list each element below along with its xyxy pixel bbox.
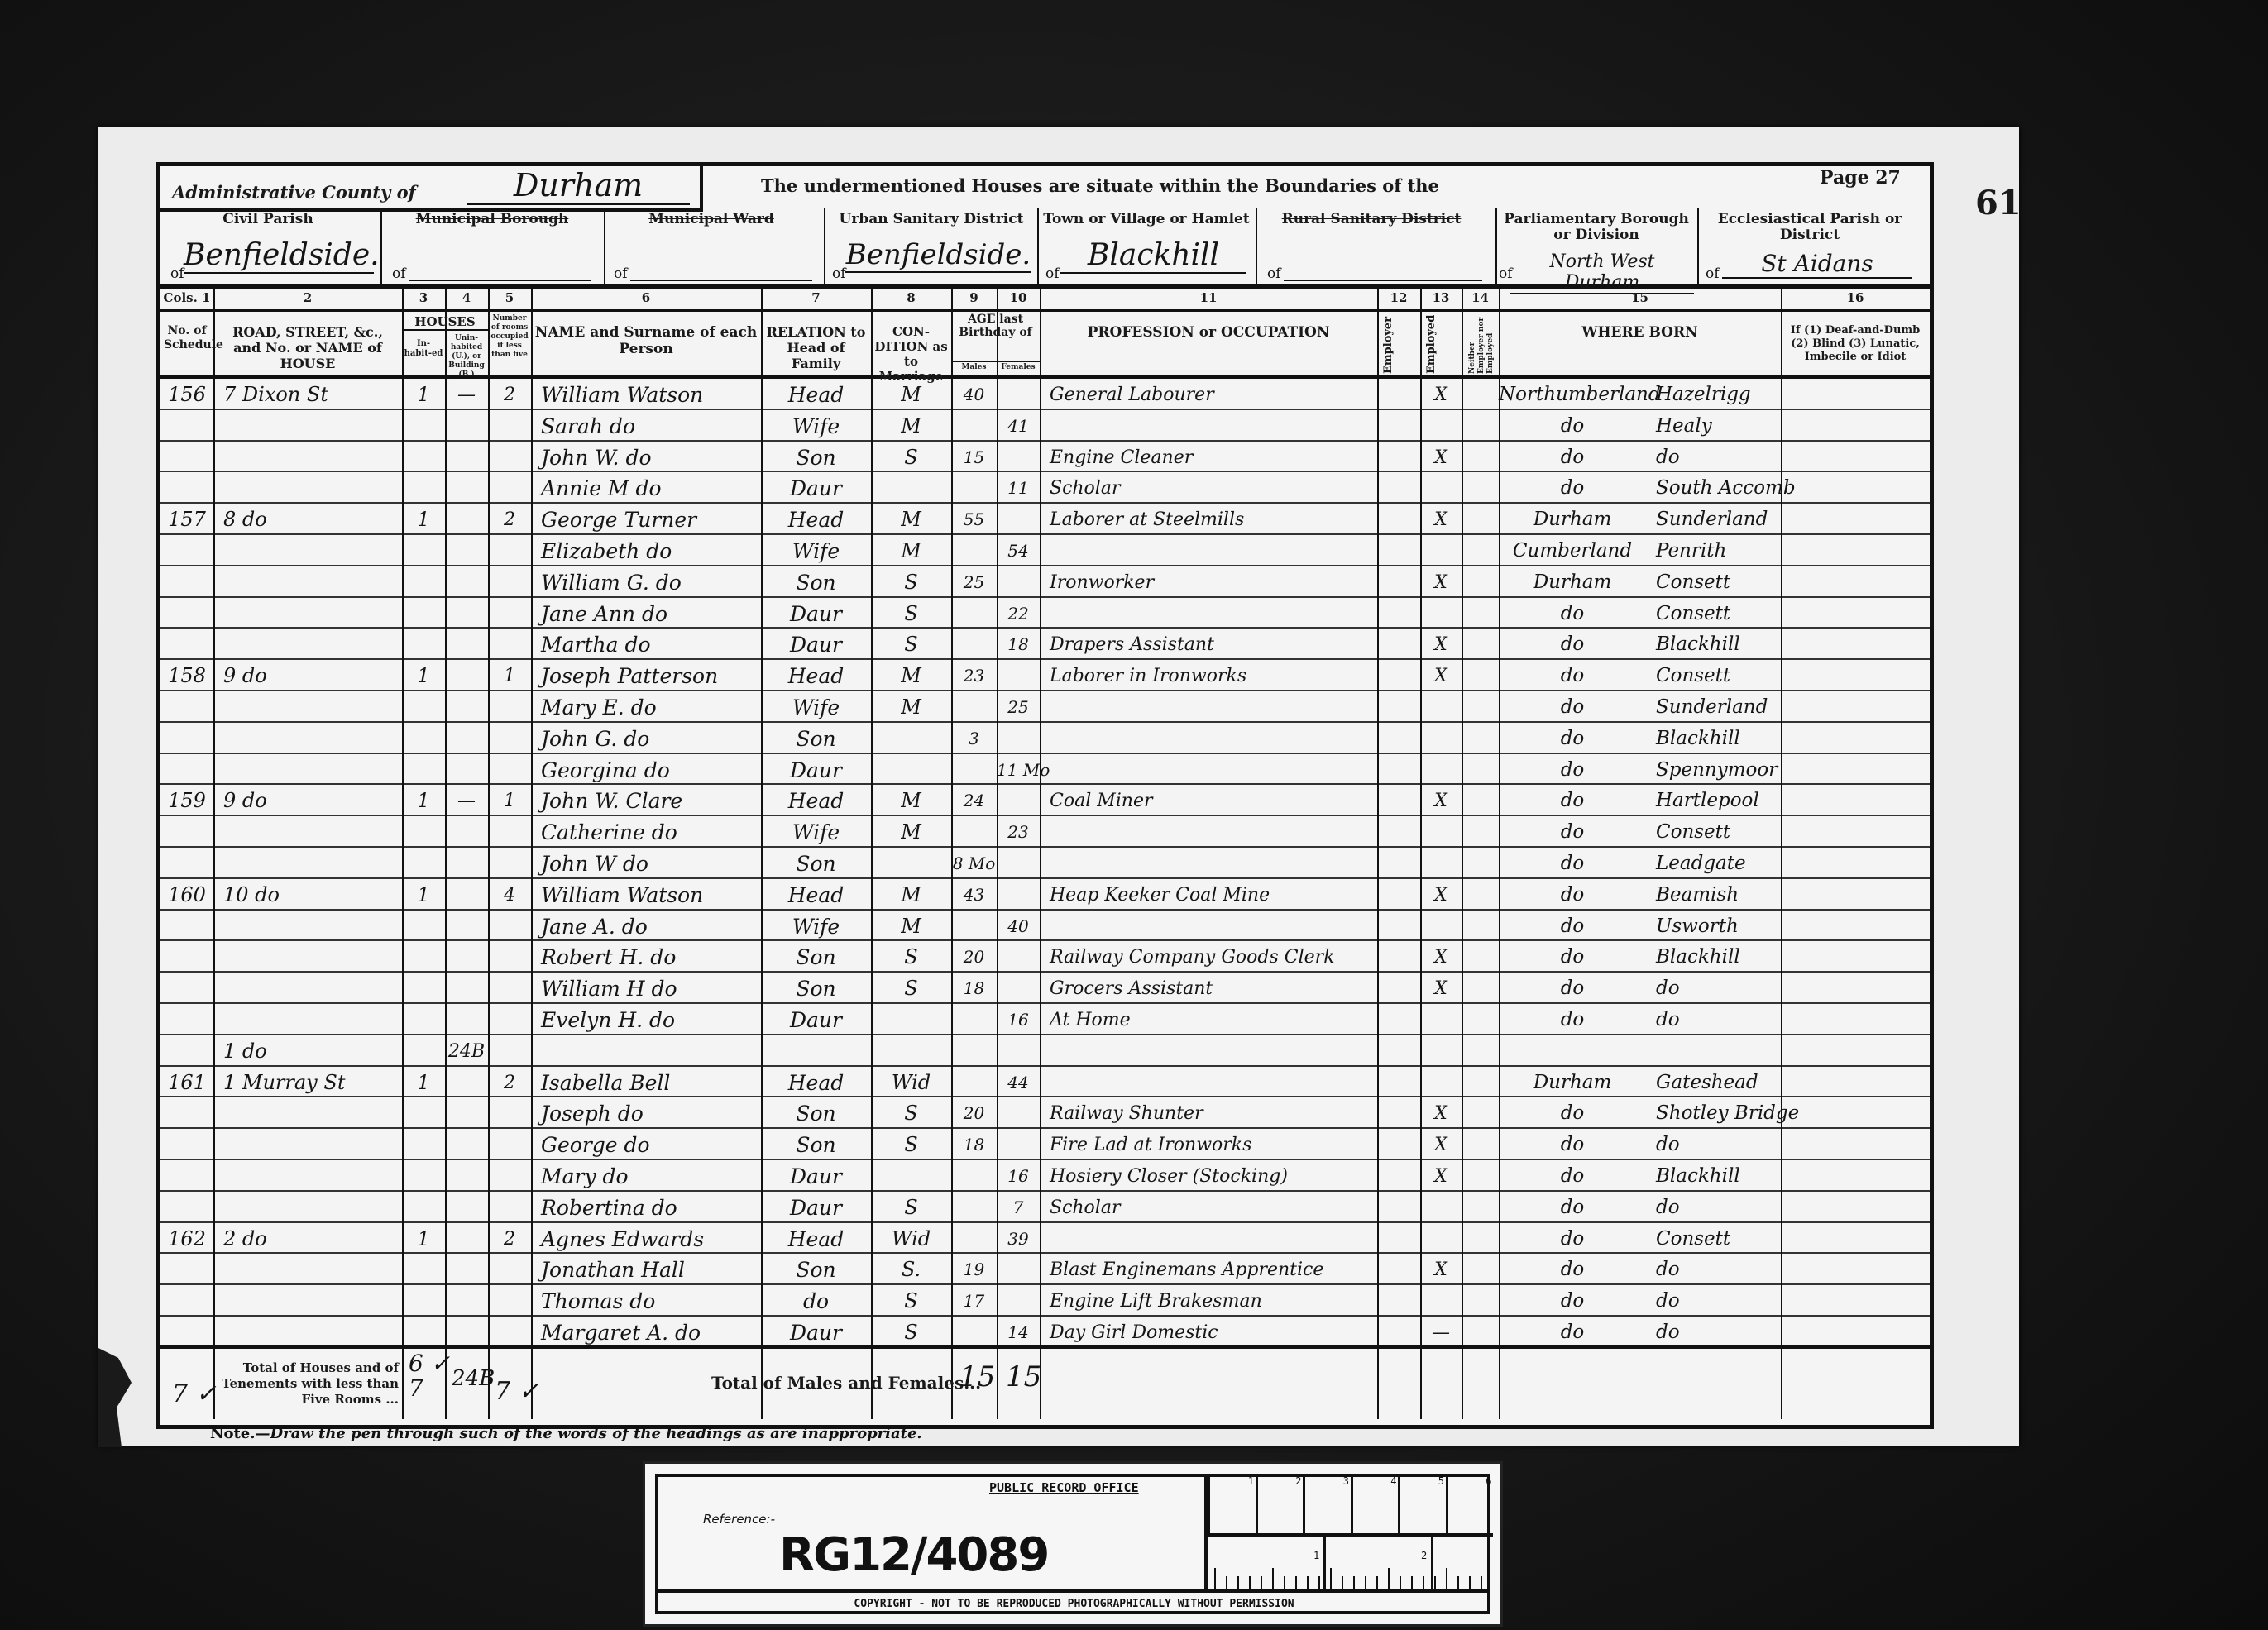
column-number: 3 <box>402 290 445 305</box>
occupation: Scholar <box>1050 476 1377 502</box>
birth-county: do <box>1499 1132 1646 1159</box>
female-age: 39 <box>997 1226 1040 1253</box>
employed-mark: X <box>1420 944 1462 971</box>
marital-condition: S <box>871 1195 951 1221</box>
female-age: 16 <box>997 1007 1040 1034</box>
birth-county: do <box>1499 758 1646 784</box>
boundaries-intro: The undermentioned Houses are situate wi… <box>761 175 1439 196</box>
division-ecclesiastical: Ecclesiastical Parish or District of St … <box>1697 208 1930 284</box>
male-age: 20 <box>951 944 997 971</box>
relation-to-head: Wife <box>761 820 871 846</box>
employed-mark: X <box>1420 1101 1462 1127</box>
road-address: 10 do <box>223 882 402 909</box>
relation-to-head: Head <box>761 1070 871 1097</box>
relation-to-head: Wife <box>761 914 871 940</box>
schedule-number: 161 <box>160 1070 213 1097</box>
marital-condition: S <box>871 445 951 471</box>
birth-county: do <box>1499 476 1646 502</box>
rooms-count: 2 <box>488 507 531 533</box>
inhabited-count: 1 <box>402 788 445 815</box>
birth-place: Blackhill <box>1656 944 1781 971</box>
male-age: 15 <box>951 445 997 471</box>
person-name: Joseph do <box>541 1101 761 1127</box>
male-age: 24 <box>951 788 997 815</box>
relation-to-head: Son <box>761 976 871 1002</box>
col-header-name: NAME and Surname of each Person <box>534 324 758 357</box>
birth-county: do <box>1499 726 1646 753</box>
col-header-inhabited: In-habit-ed <box>404 339 443 359</box>
birth-county: do <box>1499 601 1646 628</box>
road-address: 1 Murray St <box>223 1070 402 1097</box>
person-name: Jane A. do <box>541 914 761 940</box>
birth-county: do <box>1499 788 1646 815</box>
occupation: Engine Lift Brakesman <box>1050 1288 1377 1315</box>
column-number: 4 <box>445 290 488 305</box>
county-box: Administrative County of Durham <box>160 165 703 212</box>
division-rural-sanitary-district: Rural Sanitary District of <box>1256 208 1497 284</box>
person-name: Annie M do <box>541 476 761 502</box>
uninhabited-count: — <box>445 382 488 409</box>
birth-county: Durham <box>1499 1070 1646 1097</box>
birth-county: Durham <box>1499 570 1646 596</box>
rooms-count: 1 <box>488 663 531 690</box>
birth-place: Consett <box>1656 570 1781 596</box>
col-header-houses: HOUSES <box>402 314 488 331</box>
scale-ruler: 123456 12 <box>1204 1474 1493 1589</box>
occupation: Coal Miner <box>1050 788 1377 815</box>
birth-place: Spennymoor <box>1656 758 1781 784</box>
employed-mark: X <box>1420 570 1462 596</box>
birth-county: do <box>1499 882 1646 909</box>
employed-mark: X <box>1420 445 1462 471</box>
inhabited-count: 1 <box>402 1070 445 1097</box>
birth-place: Gateshead <box>1656 1070 1781 1097</box>
relation-to-head: Daur <box>761 1320 871 1346</box>
person-name: Mary do <box>541 1164 761 1190</box>
parliamentary-value: North West Durham <box>1510 251 1694 294</box>
employed-mark: X <box>1420 663 1462 690</box>
column-number: 8 <box>871 290 951 305</box>
total-schedules: 7 ✓ <box>172 1379 217 1408</box>
column-number: 16 <box>1781 290 1930 305</box>
birth-place: Consett <box>1656 1226 1781 1253</box>
rooms-count: 2 <box>488 1070 531 1097</box>
relation-to-head: Daur <box>761 1007 871 1034</box>
relation-to-head: Head <box>761 507 871 533</box>
occupation: Laborer at Steelmills <box>1050 507 1377 533</box>
birth-place: do <box>1656 1195 1781 1221</box>
person-name: George Turner <box>541 507 761 533</box>
inhabited-count: 1 <box>402 1226 445 1253</box>
col-header-females: Females <box>997 363 1040 371</box>
person-name: William G. do <box>541 570 761 596</box>
division-municipal-ward: Municipal Ward of <box>604 208 825 284</box>
relation-to-head: Daur <box>761 476 871 502</box>
occupation: Fire Lad at Ironworks <box>1050 1132 1377 1159</box>
col-header-employer: Employer <box>1384 316 1415 374</box>
person-name: Jane Ann do <box>541 601 761 628</box>
total-rooms: 7 ✓ <box>495 1377 539 1406</box>
person-name: Evelyn H. do <box>541 1007 761 1034</box>
female-age: 41 <box>997 413 1040 440</box>
person-name: Agnes Edwards <box>541 1226 761 1253</box>
ruler-mark: 1 <box>1208 1474 1257 1533</box>
division-civil-parish: Civil Parish of Benfieldside. <box>160 208 382 284</box>
person-name: Jonathan Hall <box>541 1257 761 1283</box>
column-number: 14 <box>1462 290 1499 305</box>
birth-county: do <box>1499 851 1646 877</box>
male-age: 23 <box>951 663 997 690</box>
column-number: 9 <box>951 290 997 305</box>
birth-county: do <box>1499 976 1646 1002</box>
uninhabited-count: 24B <box>445 1039 488 1065</box>
division-urban-sanitary-district: Urban Sanitary District of Benfieldside. <box>824 208 1039 284</box>
persons-total-label: Total of Males and Females... <box>711 1373 981 1393</box>
person-name: Margaret A. do <box>541 1320 761 1346</box>
birth-place: Usworth <box>1656 914 1781 940</box>
occupation: Railway Shunter <box>1050 1101 1377 1127</box>
reference-label: Reference:- <box>703 1512 775 1527</box>
occupation: Ironworker <box>1050 570 1377 596</box>
road-address: 2 do <box>223 1226 402 1253</box>
schedule-number: 158 <box>160 663 213 690</box>
birth-county: do <box>1499 944 1646 971</box>
employed-mark: X <box>1420 1132 1462 1159</box>
occupation: Heap Keeker Coal Mine <box>1050 882 1377 909</box>
relation-to-head: Son <box>761 851 871 877</box>
copyright-notice: COPYRIGHT - NOT TO BE REPRODUCED PHOTOGR… <box>658 1598 1490 1610</box>
female-age: 54 <box>997 538 1040 565</box>
ruler-mark: 5 <box>1398 1474 1447 1533</box>
birth-place: Hartlepool <box>1656 788 1781 815</box>
relation-to-head: Head <box>761 882 871 909</box>
birth-county: do <box>1499 1195 1646 1221</box>
col-header-occupation: PROFESSION or OCCUPATION <box>1043 324 1374 341</box>
town-value: Blackhill <box>1060 238 1246 274</box>
marital-condition: M <box>871 695 951 721</box>
col-header-employed: Employed <box>1427 316 1457 374</box>
relation-to-head: Wife <box>761 538 871 565</box>
page-label: Page 27 <box>1820 167 1901 189</box>
division-town-village: Town or Village or Hamlet of Blackhill <box>1037 208 1257 284</box>
schedule-number: 157 <box>160 507 213 533</box>
marital-condition: M <box>871 413 951 440</box>
employed-mark: X <box>1420 632 1462 658</box>
birth-county: do <box>1499 1007 1646 1034</box>
occupation: Blast Enginemans Apprentice <box>1050 1257 1377 1283</box>
birth-county: do <box>1499 413 1646 440</box>
birth-place: Shotley Bridge <box>1656 1101 1781 1127</box>
column-number: 2 <box>213 290 402 305</box>
birth-county: do <box>1499 1101 1646 1127</box>
birth-place: do <box>1656 1132 1781 1159</box>
column-number: 15 <box>1499 290 1781 305</box>
employed-mark: X <box>1420 1257 1462 1283</box>
marital-condition: S <box>871 1132 951 1159</box>
person-name: Sarah do <box>541 413 761 440</box>
public-record-office-stamp: PUBLIC RECORD OFFICE Reference:- RG12/40… <box>643 1461 1503 1627</box>
person-name: Mary E. do <box>541 695 761 721</box>
marital-condition: M <box>871 820 951 846</box>
male-age: 55 <box>951 507 997 533</box>
person-name: Joseph Patterson <box>541 663 761 690</box>
female-age: 44 <box>997 1070 1040 1097</box>
ruler-mark: 6 <box>1446 1474 1495 1533</box>
total-inhabited: 6 ✓7 <box>409 1351 450 1401</box>
occupation: Grocers Assistant <box>1050 976 1377 1002</box>
birth-place: do <box>1656 445 1781 471</box>
person-name: Robert H. do <box>541 944 761 971</box>
male-age: 18 <box>951 976 997 1002</box>
birth-place: Blackhill <box>1656 632 1781 658</box>
birth-county: Durham <box>1499 507 1646 533</box>
marital-condition: S <box>871 570 951 596</box>
ruler-mark: 4 <box>1351 1474 1400 1533</box>
road-address: 9 do <box>223 788 402 815</box>
ruler-mark: 3 <box>1303 1474 1352 1533</box>
birth-county: do <box>1499 445 1646 471</box>
person-name: Robertina do <box>541 1195 761 1221</box>
employed-mark: X <box>1420 976 1462 1002</box>
person-name: John G. do <box>541 726 761 753</box>
birth-county: do <box>1499 1288 1646 1315</box>
column-number: 10 <box>997 290 1040 305</box>
marital-condition: Wid <box>871 1226 951 1253</box>
birth-place: do <box>1656 976 1781 1002</box>
relation-to-head: Head <box>761 663 871 690</box>
col-header-age: AGE last Birthday of <box>951 313 1040 339</box>
rooms-count: 1 <box>488 788 531 815</box>
birth-place: Consett <box>1656 820 1781 846</box>
birth-place: Healy <box>1656 413 1781 440</box>
birth-county: do <box>1499 1320 1646 1346</box>
col-header-rooms: Number of rooms occupied if less than fi… <box>490 314 529 360</box>
marital-condition: S <box>871 1288 951 1315</box>
birth-county: Cumberland <box>1499 538 1646 565</box>
column-number: 5 <box>488 290 531 305</box>
person-name: Georgina do <box>541 758 761 784</box>
female-age: 11 Mo <box>997 758 1040 784</box>
occupation: Engine Cleaner <box>1050 445 1377 471</box>
male-age: 19 <box>951 1257 997 1283</box>
schedule-number: 162 <box>160 1226 213 1253</box>
occupation: Day Girl Domestic <box>1050 1320 1377 1346</box>
ruler-label: 1 <box>1313 1550 1319 1561</box>
male-age: 3 <box>951 726 997 753</box>
col-header-infirmity: If (1) Deaf-and-Dumb (2) Blind (3) Lunat… <box>1784 324 1926 364</box>
folio-number: 61 <box>1975 184 2022 222</box>
female-age: 40 <box>997 914 1040 940</box>
houses-total-label: Total of Houses and of Tenements with le… <box>217 1360 399 1408</box>
marital-condition: S <box>871 944 951 971</box>
road-address: 1 do <box>223 1039 402 1065</box>
marital-condition: M <box>871 788 951 815</box>
person-name: John W do <box>541 851 761 877</box>
birth-place: do <box>1656 1257 1781 1283</box>
female-age: 18 <box>997 632 1040 658</box>
relation-to-head: Daur <box>761 632 871 658</box>
relation-to-head: Wife <box>761 413 871 440</box>
male-age: 18 <box>951 1132 997 1159</box>
female-age: 25 <box>997 695 1040 721</box>
person-name: Martha do <box>541 632 761 658</box>
instruction-note: Note.—Draw the pen through such of the w… <box>210 1425 922 1442</box>
birth-place: Consett <box>1656 663 1781 690</box>
birth-county: do <box>1499 632 1646 658</box>
birth-county: do <box>1499 1226 1646 1253</box>
column-number: Cols. 1 <box>160 290 213 305</box>
county-value: Durham <box>467 167 690 205</box>
total-males: 15 <box>959 1360 995 1393</box>
person-name: Elizabeth do <box>541 538 761 565</box>
marital-condition: S <box>871 1320 951 1346</box>
male-age: 25 <box>951 570 997 596</box>
column-number: 11 <box>1040 290 1377 305</box>
birth-place: do <box>1656 1320 1781 1346</box>
birth-place: Consett <box>1656 601 1781 628</box>
table-row <box>160 1035 1930 1067</box>
division-parliamentary: Parliamentary Borough or Division of Nor… <box>1495 208 1699 284</box>
marital-condition: S <box>871 632 951 658</box>
relation-to-head: Head <box>761 788 871 815</box>
county-label: Administrative County of <box>172 182 416 203</box>
road-address: 8 do <box>223 507 402 533</box>
marital-condition: M <box>871 538 951 565</box>
birth-place: do <box>1656 1288 1781 1315</box>
male-age: 20 <box>951 1101 997 1127</box>
road-address: 9 do <box>223 663 402 690</box>
birth-place: do <box>1656 1007 1781 1034</box>
employed-mark: X <box>1420 788 1462 815</box>
division-municipal-borough: Municipal Borough of <box>380 208 605 284</box>
occupation: Laborer in Ironworks <box>1050 663 1377 690</box>
male-age: 40 <box>951 382 997 409</box>
person-name: John W. Clare <box>541 788 761 815</box>
ruler-label: 2 <box>1421 1550 1427 1561</box>
col-header-schedule: No. of Schedule <box>164 324 210 352</box>
inhabited-count: 1 <box>402 507 445 533</box>
inhabited-count: 1 <box>402 663 445 690</box>
marital-condition: M <box>871 663 951 690</box>
col-header-where-born: WHERE BORN <box>1502 324 1778 341</box>
inhabited-count: 1 <box>402 882 445 909</box>
col-header-condition: CON-DITION as to Marriage <box>874 324 948 384</box>
col-header-uninhabited: Unin-habited (U.), or Building (B.) <box>447 334 486 380</box>
female-age: 22 <box>997 601 1040 628</box>
female-age: 16 <box>997 1164 1040 1190</box>
employed-mark: X <box>1420 882 1462 909</box>
relation-to-head: Head <box>761 382 871 409</box>
schedule-number: 160 <box>160 882 213 909</box>
female-age: 14 <box>997 1320 1040 1346</box>
ecclesiastical-value: St Aidans <box>1722 250 1912 279</box>
male-age: 8 Mo <box>951 851 997 877</box>
birth-place: Leadgate <box>1656 851 1781 877</box>
birth-county: do <box>1499 820 1646 846</box>
total-females: 15 <box>1006 1360 1041 1393</box>
relation-to-head: Son <box>761 944 871 971</box>
civil-parish-value: Benfieldside. <box>184 238 374 274</box>
occupation: Railway Company Goods Clerk <box>1050 944 1377 971</box>
person-name: Catherine do <box>541 820 761 846</box>
birth-county: do <box>1499 663 1646 690</box>
person-name: George do <box>541 1132 761 1159</box>
col-header-road: ROAD, STREET, &c., and No. or NAME of HO… <box>217 324 399 371</box>
total-uninhabited: 24B <box>452 1366 495 1391</box>
relation-to-head: Son <box>761 445 871 471</box>
marital-condition: Wid <box>871 1070 951 1097</box>
birth-county: do <box>1499 695 1646 721</box>
marital-condition: M <box>871 914 951 940</box>
rooms-count: 2 <box>488 382 531 409</box>
col-header-neither: Neither Employer nor Employed <box>1468 316 1494 374</box>
urban-district-value: Benfieldside. <box>845 238 1031 273</box>
birth-place: South Accomb <box>1656 476 1781 502</box>
relation-to-head: Daur <box>761 1164 871 1190</box>
person-name: Isabella Bell <box>541 1070 761 1097</box>
schedule-number: 156 <box>160 382 213 409</box>
male-age: 17 <box>951 1288 997 1315</box>
marital-condition: S <box>871 1101 951 1127</box>
birth-place: Sunderland <box>1656 695 1781 721</box>
col-header-males: Males <box>951 363 997 371</box>
relation-to-head: Head <box>761 1226 871 1253</box>
birth-county: do <box>1499 1257 1646 1283</box>
female-age: 7 <box>997 1195 1040 1221</box>
relation-to-head: Son <box>761 570 871 596</box>
relation-to-head: Daur <box>761 1195 871 1221</box>
birth-place: Hazelrigg <box>1656 382 1781 409</box>
relation-to-head: Son <box>761 1132 871 1159</box>
employed-mark: X <box>1420 382 1462 409</box>
birth-county: do <box>1499 914 1646 940</box>
rooms-count: 2 <box>488 1226 531 1253</box>
person-name: William Watson <box>541 382 761 409</box>
uninhabited-count: — <box>445 788 488 815</box>
relation-to-head: do <box>761 1288 871 1315</box>
employed-mark: — <box>1420 1320 1462 1346</box>
column-number: 12 <box>1377 290 1420 305</box>
birth-place: Beamish <box>1656 882 1781 909</box>
employed-mark: X <box>1420 1164 1462 1190</box>
person-name: John W. do <box>541 445 761 471</box>
marital-condition: S <box>871 976 951 1002</box>
column-number: 6 <box>531 290 761 305</box>
marital-condition: S <box>871 601 951 628</box>
rooms-count: 4 <box>488 882 531 909</box>
marital-condition: M <box>871 382 951 409</box>
column-number: 13 <box>1420 290 1462 305</box>
birth-place: Blackhill <box>1656 726 1781 753</box>
divisions-row: Civil Parish of Benfieldside. Municipal … <box>160 208 1930 284</box>
inhabited-count: 1 <box>402 382 445 409</box>
marital-condition: M <box>871 882 951 909</box>
relation-to-head: Daur <box>761 601 871 628</box>
relation-to-head: Daur <box>761 758 871 784</box>
col-header-relation: RELATION to Head of Family <box>764 324 868 371</box>
reference-number: RG12/4089 <box>779 1528 1048 1582</box>
birth-place: Blackhill <box>1656 1164 1781 1190</box>
birth-county: Northumberland <box>1499 382 1646 409</box>
occupation: At Home <box>1050 1007 1377 1034</box>
person-name: Thomas do <box>541 1288 761 1315</box>
ruler-mark: 2 <box>1256 1474 1305 1533</box>
office-name: PUBLIC RECORD OFFICE <box>989 1480 1139 1495</box>
birth-place: Sunderland <box>1656 507 1781 533</box>
male-age: 43 <box>951 882 997 909</box>
relation-to-head: Son <box>761 1101 871 1127</box>
column-number: 7 <box>761 290 871 305</box>
